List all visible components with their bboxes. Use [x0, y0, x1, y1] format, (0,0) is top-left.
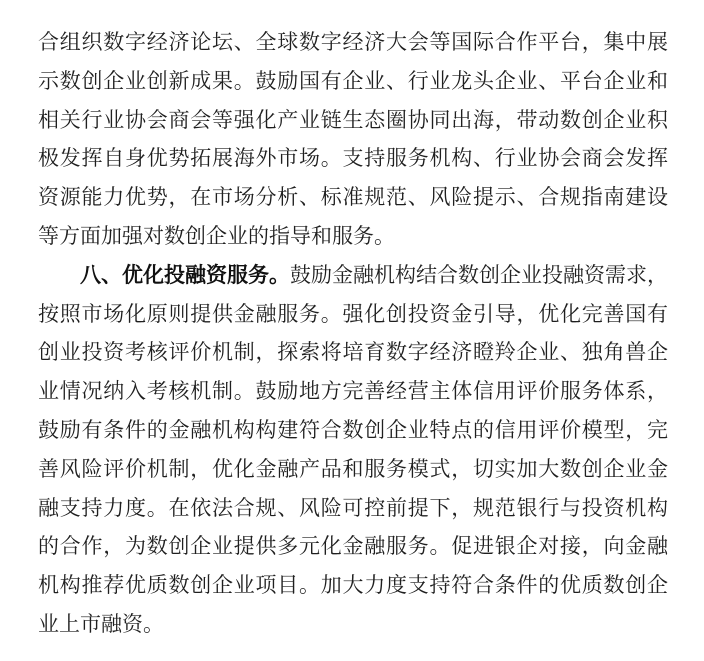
text-line: 鼓励有条件的金融机构构建符合数创企业特点的信用评价模型，完: [38, 411, 668, 450]
text-line: 八、优化投融资服务。鼓励金融机构结合数创企业投融资需求，: [38, 256, 668, 295]
text-line: 的合作，为数创企业提供多元化金融服务。促进银企对接，向金融: [38, 527, 668, 566]
text-line: 善风险评价机制，优化金融产品和服务模式，切实加大数创企业金: [38, 450, 668, 489]
text-line: 创业投资考核评价机制，探索将培育数字经济瞪羚企业、独角兽企: [38, 333, 668, 372]
text-line: 资源能力优势，在市场分析、标准规范、风险提示、合规指南建设: [38, 178, 668, 217]
text-run: 鼓励金融机构结合数创企业投融资需求，: [290, 263, 668, 287]
text-line: 示数创企业创新成果。鼓励国有企业、行业龙头企业、平台企业和: [38, 62, 668, 101]
paragraph-international-cooperation: 合组织数字经济论坛、全球数字经济大会等国际合作平台，集中展 示数创企业创新成果。…: [38, 23, 668, 256]
text-line: 等方面加强对数创企业的指导和服务。: [38, 217, 668, 256]
text-line: 按照市场化原则提供金融服务。强化创投资金引导，优化完善国有: [38, 295, 668, 334]
text-line: 合组织数字经济论坛、全球数字经济大会等国际合作平台，集中展: [38, 23, 668, 62]
text-line: 业上市融资。: [38, 605, 668, 644]
section-heading: 八、优化投融资服务。: [80, 264, 290, 287]
text-line: 机构推荐优质数创企业项目。加大力度支持符合条件的优质数创企: [38, 566, 668, 605]
text-line: 极发挥自身优势拓展海外市场。支持服务机构、行业协会商会发挥: [38, 139, 668, 178]
text-line: 业情况纳入考核机制。鼓励地方完善经营主体信用评价服务体系，: [38, 372, 668, 411]
text-line: 相关行业协会商会等强化产业链生态圈协同出海，带动数创企业积: [38, 101, 668, 140]
paragraph-investment-financing-services: 八、优化投融资服务。鼓励金融机构结合数创企业投融资需求， 按照市场化原则提供金融…: [38, 256, 668, 644]
document-page: 合组织数字经济论坛、全球数字经济大会等国际合作平台，集中展 示数创企业创新成果。…: [0, 0, 704, 661]
text-line: 融支持力度。在依法合规、风险可控前提下，规范银行与投资机构: [38, 489, 668, 528]
